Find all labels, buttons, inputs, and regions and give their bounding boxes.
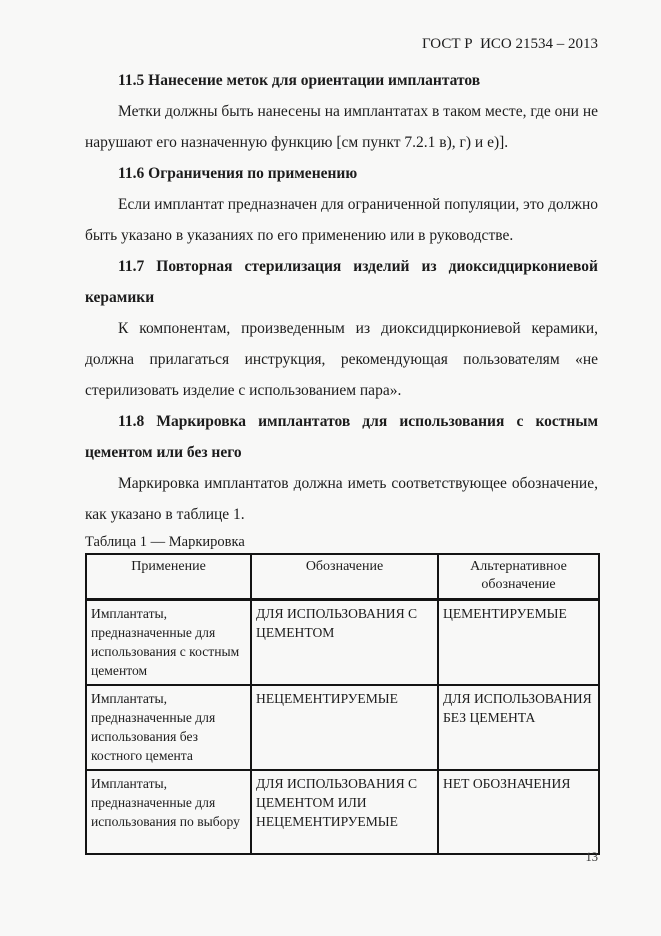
section-paragraph-11-5: Метки должны быть нанесены на имплантата… (85, 96, 598, 158)
marking-table: Применение Обозначение Альтернативное об… (85, 553, 600, 855)
table-header-alt-designation: Альтернативное обозначение (438, 554, 599, 600)
table-cell: Имплантаты, предназначенные для использо… (86, 600, 251, 686)
page-content: ГОСТ Р ИСО 21534 – 2013 11.5 Нанесение м… (85, 36, 598, 855)
section-heading-11-6: 11.6 Ограничения по применению (85, 158, 598, 189)
table-cell: НЕЦЕМЕНТИРУЕМЫЕ (251, 685, 438, 770)
section-heading-11-7: 11.7 Повторная стерилизация изделий из д… (85, 251, 598, 313)
section-paragraph-11-6: Если имплантат предназначен для ограниче… (85, 189, 598, 251)
section-heading-11-8: 11.8 Маркировка имплантатов для использо… (85, 406, 598, 468)
table-row: Имплантаты, предназначенные для использо… (86, 600, 599, 686)
table-caption: Таблица 1 — Маркировка (85, 530, 598, 553)
standard-number-header: ГОСТ Р ИСО 21534 – 2013 (85, 36, 598, 52)
table-cell: Имплантаты, предназначенные для использо… (86, 685, 251, 770)
table-cell: ДЛЯ ИСПОЛЬЗОВАНИЯ С ЦЕМЕНТОМ ИЛИ НЕЦЕМЕН… (251, 770, 438, 854)
table-cell: НЕТ ОБОЗНАЧЕНИЯ (438, 770, 599, 854)
table-cell: ДЛЯ ИСПОЛЬЗОВАНИЯ БЕЗ ЦЕМЕНТА (438, 685, 599, 770)
table-row: Имплантаты, предназначенные для использо… (86, 770, 599, 854)
table-cell: ДЛЯ ИСПОЛЬЗОВАНИЯ С ЦЕМЕНТОМ (251, 600, 438, 686)
table-cell: Имплантаты, предназначенные для использо… (86, 770, 251, 854)
table-header-application: Применение (86, 554, 251, 600)
table-header-row: Применение Обозначение Альтернативное об… (86, 554, 599, 600)
section-paragraph-11-7: К компонентам, произведенным из диоксидц… (85, 313, 598, 406)
section-paragraph-11-8: Маркировка имплантатов должна иметь соот… (85, 468, 598, 530)
section-heading-11-5: 11.5 Нанесение меток для ориентации импл… (85, 65, 598, 96)
page-number: 13 (85, 850, 598, 865)
table-row: Имплантаты, предназначенные для использо… (86, 685, 599, 770)
table-header-designation: Обозначение (251, 554, 438, 600)
table-cell: ЦЕМЕНТИРУЕМЫЕ (438, 600, 599, 686)
document-page: ГОСТ Р ИСО 21534 – 2013 11.5 Нанесение м… (0, 0, 661, 936)
